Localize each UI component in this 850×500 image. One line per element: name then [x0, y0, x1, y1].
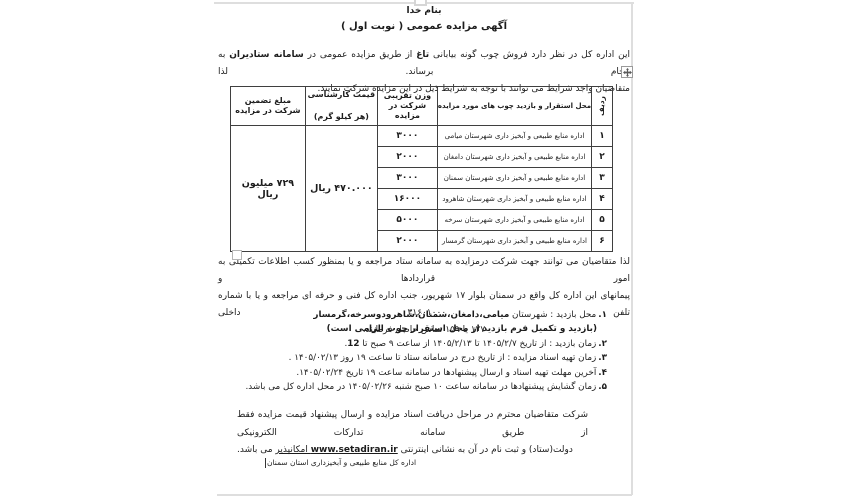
term-item-1-note: (بازدید و تکمیل فرم بازدید از محل استقرا…: [218, 322, 597, 336]
price-header-line2: (هر کیلو گرم): [306, 112, 377, 122]
intro-text: از طریق مزایده عمومی در: [304, 50, 417, 60]
contact-line-1: لذا متقاضیان می توانند جهت شرکت درمزایده…: [218, 254, 630, 288]
move-cross-icon: [623, 68, 632, 77]
text-cursor: [265, 458, 266, 468]
table-move-handle[interactable]: [621, 66, 633, 78]
page-gap-notch: [414, 0, 427, 6]
row-number-cell: ۶: [592, 231, 613, 252]
term-item-3: ۳.زمان تهیه اسناد مزایده : از تاریخ درج …: [218, 351, 607, 365]
location-cell: اداره منابع طبیعی و آبخیز داری شهرستان گ…: [437, 231, 591, 252]
weight-cell: ۳۰۰۰: [377, 126, 437, 147]
table-header-row: ردیف محل استقرار و بازدید چوب های مورد م…: [230, 87, 612, 126]
footer-line-2: دولت(ستاد) و ثبت نام در آن به نشانی اینت…: [237, 442, 588, 460]
weight-cell: ۱۶۰۰۰: [377, 189, 437, 210]
term-item-4: ۴.آخرین مهلت تهیه اسناد و ارسال پیشنهاده…: [218, 366, 607, 380]
term-text: محل بازدید : شهرستان: [509, 310, 596, 320]
term-text: زمان بازدید : از تاریخ ۱۴۰۵/۲/۷ تا ۱۴۰۵/…: [360, 339, 597, 349]
intro-line-1: این اداره کل در نظر دارد فروش چوب گونه ب…: [218, 47, 630, 81]
term-text: آخرین مهلت تهیه اسناد و ارسال پیشنهادها …: [296, 368, 596, 378]
column-header-location: محل استقرار و بازدید چوب های مورد مزایده: [437, 87, 591, 126]
location-cell: اداره منابع طبیعی و آبخیز داری شهرستان س…: [437, 168, 591, 189]
table-row: ۱ اداره منابع طبیعی و آبخیز داری شهرستان…: [230, 126, 612, 147]
price-value-cell: ۴۷۰.۰۰۰ ریال: [305, 126, 377, 252]
row-number-cell: ۴: [592, 189, 613, 210]
term-bold-hour: 12: [347, 339, 359, 349]
location-cell: اداره منابع طبیعی و آبخیز داری شهرستان د…: [437, 147, 591, 168]
location-cell: اداره منابع طبیعی و آبخیز داری شهرستان م…: [437, 126, 591, 147]
term-text: زمان گشایش پیشنهادها در سامانه ساعت ۱۰ ص…: [245, 382, 596, 392]
location-cell: اداره منابع طبیعی و آبخیز داری شهرستان س…: [437, 210, 591, 231]
object-anchor-box[interactable]: [232, 250, 242, 260]
bismillah-text: بنام خدا: [215, 6, 633, 16]
intro-text: این اداره کل در نظر دارد فروش چوب گونه ب…: [429, 50, 630, 60]
auction-table-wrapper: ردیف محل استقرار و بازدید چوب های مورد م…: [230, 86, 613, 252]
row-number-cell: ۳: [592, 168, 613, 189]
weight-cell: ۳۰۰۰: [377, 168, 437, 189]
guarantee-value-cell: ۷۲۹ میلیون ریال: [230, 126, 305, 252]
row-number-cell: ۱: [592, 126, 613, 147]
setadiran-link[interactable]: www.setadiran.ir: [311, 445, 398, 455]
row-number-cell: ۲: [592, 147, 613, 168]
term-number: ۱.: [598, 310, 607, 320]
terms-list: ۱.محل بازدید : شهرستان میامی،دامغان،سمنا…: [218, 308, 607, 394]
footer-text: دولت(ستاد) و ثبت نام در آن به نشانی اینت…: [398, 445, 573, 455]
column-header-row-number: ردیف: [592, 87, 613, 126]
page-title: آگهی مزایده عمومی ( نوبت اول ): [215, 21, 633, 32]
weight-cell: ۲۰۰۰: [377, 231, 437, 252]
term-text: زمان تهیه اسناد مزایده : از تاریخ درج در…: [289, 353, 597, 363]
document-content: بنام خدا آگهی مزایده عمومی ( نوبت اول ) …: [215, 0, 633, 500]
location-cell: اداره منابع طبیعی و آبخیز داری شهرستان ش…: [437, 189, 591, 210]
term-number: ۳.: [598, 353, 607, 363]
signature-line: اداره کل منابع طبیعی و آبخیزداری استان س…: [265, 458, 416, 468]
term-number: ۵.: [598, 382, 607, 392]
footer-underlined-text: امکانپذیر: [275, 445, 310, 455]
term-number: ۴.: [598, 368, 607, 378]
column-header-weight: وزن تقریبی شرکت در مزایده: [377, 87, 437, 126]
footer-text: می باشد.: [237, 445, 275, 455]
footer-paragraph: شرکت متقاضیان محترم در مراحل دریافت اسنا…: [237, 407, 588, 460]
term-number: ۲.: [598, 339, 607, 349]
price-header-lines: قیمت کارشناسی (هر کیلو گرم): [306, 87, 377, 125]
intro-bold-taq: تاغ: [416, 50, 429, 60]
column-header-price: قیمت کارشناسی (هر کیلو گرم): [305, 87, 377, 126]
row-number-cell: ۵: [592, 210, 613, 231]
term-item-1: ۱.محل بازدید : شهرستان میامی،دامغان،سمنا…: [218, 308, 607, 322]
weight-cell: ۲۰۰۰: [377, 147, 437, 168]
weight-cell: ۵۰۰۰: [377, 210, 437, 231]
word-document-page: بنام خدا آگهی مزایده عمومی ( نوبت اول ) …: [0, 0, 850, 500]
term-item-2: ۲.زمان بازدید : از تاریخ ۱۴۰۵/۲/۷ تا ۱۴۰…: [218, 337, 607, 351]
signature-text: اداره کل منابع طبیعی و آبخیزداری استان س…: [267, 458, 416, 467]
term-bold-cities: میامی،دامغان،سمنان،شاهرودوسرخه،گرمسار: [313, 310, 509, 320]
term-item-5: ۵.زمان گشایش پیشنهادها در سامانه ساعت ۱۰…: [218, 380, 607, 394]
intro-bold-setadiran: سامانه ستادیران: [229, 50, 303, 60]
footer-line-1: شرکت متقاضیان محترم در مراحل دریافت اسنا…: [237, 407, 588, 442]
row-header-label: ردیف: [597, 96, 607, 116]
auction-table: ردیف محل استقرار و بازدید چوب های مورد م…: [230, 86, 613, 252]
price-header-line1: قیمت کارشناسی: [306, 90, 377, 100]
column-header-guarantee: مبلغ تضمین شرکت در مزایده: [230, 87, 305, 126]
